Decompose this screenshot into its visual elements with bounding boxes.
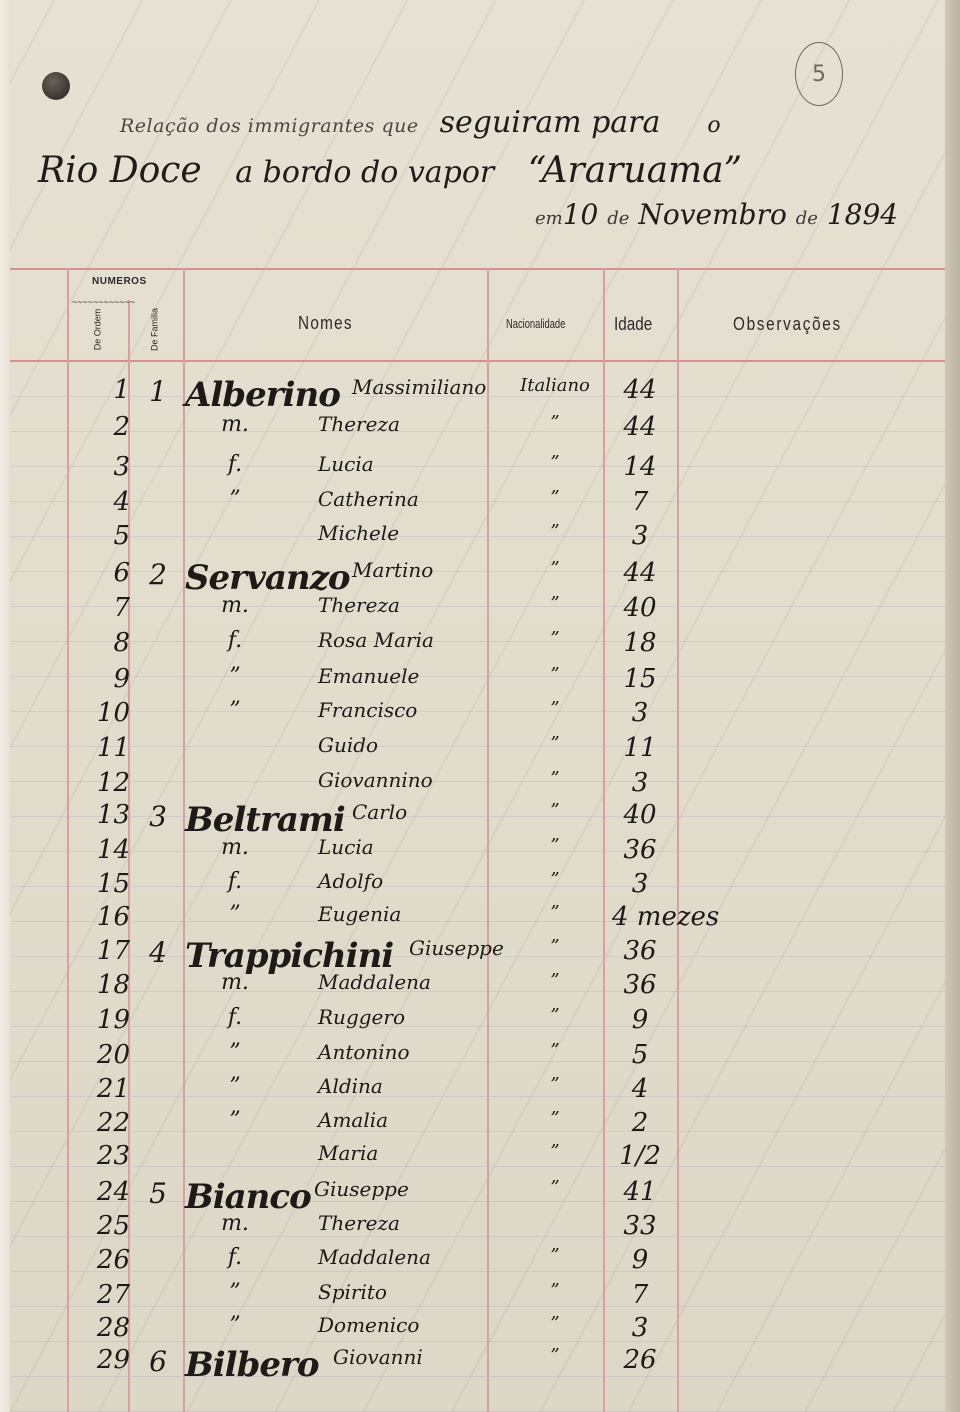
header-de-familia: De Familia — [151, 302, 160, 358]
age: 7 — [605, 487, 675, 517]
relation-marker: m. — [215, 593, 255, 618]
relation-marker: m. — [215, 1211, 255, 1236]
relation-marker: ” — [215, 1074, 255, 1099]
nationality: ” — [500, 733, 610, 754]
age: 44 — [605, 375, 675, 405]
nationality: ” — [500, 1074, 610, 1095]
given-name: Guido — [318, 733, 378, 757]
date-de-2: de — [796, 208, 818, 229]
age: 2 — [605, 1108, 675, 1138]
table-row: 23Maria”1/2 — [0, 1141, 960, 1177]
given-name: Maddalena — [318, 1245, 431, 1269]
relation-marker: m. — [215, 412, 255, 437]
header-numeros: NUMEROS — [92, 276, 147, 287]
table-row: 12Giovannino”3 — [0, 768, 960, 804]
age: 41 — [605, 1177, 675, 1207]
date-year: 1894 — [827, 198, 898, 231]
ordem-number: 12 — [40, 768, 130, 798]
ordem-number: 1 — [40, 375, 130, 405]
nationality: ” — [500, 970, 610, 991]
ordem-number: 22 — [40, 1108, 130, 1138]
ordem-number: 23 — [40, 1141, 130, 1171]
header-idade: Idade — [614, 314, 652, 335]
given-name: Eugenia — [318, 902, 401, 926]
given-name: Francisco — [318, 698, 417, 722]
age: 3 — [605, 698, 675, 728]
ordem-number: 20 — [40, 1040, 130, 1070]
table-row: 11Guido”11 — [0, 733, 960, 769]
table-row: 296BilberoGiovanni”26 — [0, 1345, 960, 1381]
age: 40 — [605, 593, 675, 623]
date-month: Novembro — [638, 198, 786, 231]
nationality: ” — [500, 664, 610, 685]
relation-marker: ” — [215, 698, 255, 723]
table-row: 11AlberinoMassimilianoItaliano44 — [0, 375, 960, 411]
given-name: Rosa Maria — [318, 628, 434, 652]
ordem-number: 29 — [40, 1345, 130, 1375]
title-line-1: Relação dos immigrantes que seguiram par… — [120, 105, 721, 140]
nationality: ” — [500, 412, 610, 433]
relation-marker: f. — [215, 628, 255, 653]
nationality: ” — [500, 698, 610, 719]
ordem-number: 13 — [40, 800, 130, 830]
given-name: Lucia — [318, 452, 374, 476]
familia-number: 1 — [138, 375, 178, 408]
given-name: Maria — [318, 1141, 378, 1165]
given-name: Catherina — [318, 487, 419, 511]
ordem-number: 14 — [40, 835, 130, 865]
relation-marker: f. — [215, 452, 255, 477]
table-row: 174TrappichiniGiuseppe”36 — [0, 936, 960, 972]
ordem-number: 28 — [40, 1313, 130, 1343]
nationality: ” — [500, 1313, 610, 1334]
binding-rivet-icon — [42, 72, 70, 100]
age: 9 — [605, 1245, 675, 1275]
age: 36 — [605, 970, 675, 1000]
ordem-number: 21 — [40, 1074, 130, 1104]
given-name: Amalia — [318, 1108, 388, 1132]
table-row: 245BiancoGiuseppe”41 — [0, 1177, 960, 1213]
given-name: Adolfo — [318, 869, 383, 893]
ordem-number: 8 — [40, 628, 130, 658]
ordem-number: 27 — [40, 1280, 130, 1310]
given-name: Thereza — [318, 1211, 400, 1235]
age: 3 — [605, 869, 675, 899]
table-row: 4”Catherina”7 — [0, 487, 960, 523]
relation-marker: m. — [215, 970, 255, 995]
relation-marker: f. — [215, 1245, 255, 1270]
given-name: Aldina — [318, 1074, 383, 1098]
header-de-ordem: De Ordem — [94, 302, 103, 358]
nationality: ” — [500, 1005, 610, 1026]
ordem-number: 7 — [40, 593, 130, 623]
date-prefix: em — [535, 208, 563, 229]
age: 14 — [605, 452, 675, 482]
given-name: Giuseppe — [314, 1177, 409, 1201]
age: 3 — [605, 521, 675, 551]
nationality: ” — [500, 1040, 610, 1061]
given-name: Antonino — [318, 1040, 410, 1064]
age: 36 — [605, 835, 675, 865]
relation-marker: m. — [215, 835, 255, 860]
table-row: 27”Spirito”7 — [0, 1280, 960, 1316]
header-observacoes: Observações — [733, 314, 842, 335]
given-name: Maddalena — [318, 970, 431, 994]
age: 40 — [605, 800, 675, 830]
surname: Servanzo — [185, 558, 350, 598]
ordem-number: 5 — [40, 521, 130, 551]
familia-number: 4 — [138, 936, 178, 969]
age: 9 — [605, 1005, 675, 1035]
relation-marker: ” — [215, 1280, 255, 1305]
age: 44 — [605, 412, 675, 442]
nationality: ” — [500, 487, 610, 508]
age: 33 — [605, 1211, 675, 1241]
ordem-number: 6 — [40, 558, 130, 588]
table-row: 20”Antonino”5 — [0, 1040, 960, 1076]
ordem-number: 19 — [40, 1005, 130, 1035]
given-name: Lucia — [318, 835, 374, 859]
table-row: 16”Eugenia”4 mezes — [0, 902, 960, 938]
table-row: 3f.Lucia”14 — [0, 452, 960, 488]
table-row: 14m.Lucia”36 — [0, 835, 960, 871]
surname: Beltrami — [185, 800, 345, 840]
header-bottom-rule — [10, 360, 945, 362]
given-name: Giuseppe — [409, 936, 504, 960]
given-name: Emanuele — [318, 664, 419, 688]
table-row: 22”Amalia”2 — [0, 1108, 960, 1144]
table-row: 8f.Rosa Maria”18 — [0, 628, 960, 664]
familia-number: 3 — [138, 800, 178, 833]
age: 3 — [605, 768, 675, 798]
given-name: Spirito — [318, 1280, 387, 1304]
ordem-number: 15 — [40, 869, 130, 899]
header-nacionalidade: Nacionalidade — [506, 316, 565, 331]
table-row: 26f.Maddalena”9 — [0, 1245, 960, 1281]
age: 11 — [605, 733, 675, 763]
ordem-number: 24 — [40, 1177, 130, 1207]
nationality: ” — [500, 452, 610, 473]
age: 36 — [605, 936, 675, 966]
given-name: Michele — [318, 521, 399, 545]
nationality: ” — [500, 800, 610, 821]
relation-marker: ” — [215, 487, 255, 512]
age: 4 mezes — [612, 902, 682, 932]
relation-marker: f. — [215, 1005, 255, 1030]
ordem-number: 25 — [40, 1211, 130, 1241]
nationality: ” — [500, 1280, 610, 1301]
destination: Rio Doce — [38, 150, 202, 191]
nationality: ” — [500, 521, 610, 542]
relation-marker: ” — [215, 902, 255, 927]
nationality: ” — [500, 593, 610, 614]
table-row: 28”Domenico”3 — [0, 1313, 960, 1349]
given-name: Carlo — [352, 800, 407, 824]
title-printed-prefix: Relação dos immigrantes que — [120, 115, 419, 137]
nationality: ” — [500, 1141, 610, 1162]
given-name: Thereza — [318, 412, 400, 436]
nationality: ” — [500, 869, 610, 890]
surname: Alberino — [185, 375, 340, 415]
table-row: 21”Aldina”4 — [0, 1074, 960, 1110]
age: 5 — [605, 1040, 675, 1070]
table-row: 25m.Thereza33 — [0, 1211, 960, 1247]
header-top-rule — [10, 268, 945, 270]
relation-marker: ” — [215, 1108, 255, 1133]
ordem-number: 16 — [40, 902, 130, 932]
title-verb: seguiram para — [440, 105, 661, 140]
ordem-number: 10 — [40, 698, 130, 728]
given-name: Martino — [352, 558, 433, 582]
nationality: ” — [500, 902, 610, 923]
surname: Bilbero — [185, 1345, 319, 1385]
age: 7 — [605, 1280, 675, 1310]
table-row: 133BeltramiCarlo”40 — [0, 800, 960, 836]
table-row: 10”Francisco”3 — [0, 698, 960, 734]
nationality: ” — [500, 835, 610, 856]
age: 3 — [605, 1313, 675, 1343]
nationality: ” — [500, 628, 610, 649]
table-row: 62ServanzoMartino”44 — [0, 558, 960, 594]
table-row: 19f.Ruggero”9 — [0, 1005, 960, 1041]
table-row: 7m.Thereza”40 — [0, 593, 960, 629]
ordem-number: 3 — [40, 452, 130, 482]
table-row: 18m.Maddalena”36 — [0, 970, 960, 1006]
relation-marker: ” — [215, 1313, 255, 1338]
date-de-1: de — [607, 208, 629, 229]
nationality: ” — [500, 1177, 610, 1198]
given-name: Thereza — [318, 593, 400, 617]
ordem-number: 9 — [40, 664, 130, 694]
ordem-number: 4 — [40, 487, 130, 517]
ordem-number: 18 — [40, 970, 130, 1000]
age: 18 — [605, 628, 675, 658]
given-name: Domenico — [318, 1313, 419, 1337]
age: 15 — [605, 664, 675, 694]
age: 26 — [605, 1345, 675, 1375]
given-name: Giovanni — [333, 1345, 423, 1369]
title-o: o — [707, 113, 720, 138]
ordem-number: 26 — [40, 1245, 130, 1275]
ordem-number: 2 — [40, 412, 130, 442]
title-line-2: Rio Doce a bordo do vapor “Araruama” — [38, 150, 742, 191]
page-number-marker: 5 — [795, 42, 843, 106]
nationality: ” — [500, 558, 610, 579]
nationality: ” — [500, 1245, 610, 1266]
table-row: 15f.Adolfo”3 — [0, 869, 960, 905]
familia-number: 2 — [138, 558, 178, 591]
ship-name: “Araruama” — [528, 150, 742, 191]
date-day: 10 — [563, 198, 599, 231]
nationality: Italiano — [500, 375, 610, 396]
header-nomes: Nomes — [298, 313, 353, 334]
nationality: ” — [500, 936, 610, 957]
table-row: 5Michele”3 — [0, 521, 960, 557]
nationality: ” — [500, 1345, 610, 1366]
relation-marker: ” — [215, 1040, 255, 1065]
age: 4 — [605, 1074, 675, 1104]
familia-number: 5 — [138, 1177, 178, 1210]
age: 1/2 — [605, 1141, 675, 1171]
nationality: ” — [500, 1108, 610, 1129]
given-name: Ruggero — [318, 1005, 405, 1029]
age: 44 — [605, 558, 675, 588]
relation-marker: f. — [215, 869, 255, 894]
title-printed-mid: a bordo do vapor — [235, 155, 494, 190]
table-row: 9”Emanuele”15 — [0, 664, 960, 700]
relation-marker: ” — [215, 664, 255, 689]
ordem-number: 11 — [40, 733, 130, 763]
familia-number: 6 — [138, 1345, 178, 1378]
ordem-number: 17 — [40, 936, 130, 966]
given-name: Giovannino — [318, 768, 433, 792]
header-numeros-divider: ~~~~~~~~~~~~ — [72, 297, 135, 307]
table-row: 2m.Thereza”44 — [0, 412, 960, 448]
nationality: ” — [500, 768, 610, 789]
title-date: em10 de Novembro de 1894 — [535, 198, 898, 231]
given-name: Massimiliano — [352, 375, 486, 399]
